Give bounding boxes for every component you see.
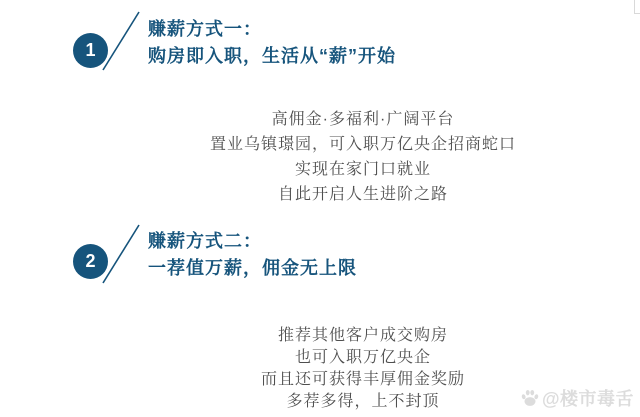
body-text-line: 推荐其他客户成交购房 bbox=[85, 325, 640, 347]
body-text-line: 置业乌镇璟园，可入职万亿央企招商蛇口 bbox=[85, 132, 640, 157]
watermark: @楼市毒舌 bbox=[520, 385, 634, 411]
body-text-line: 高佣金·多福利·广阔平台 bbox=[85, 107, 640, 132]
body-text-line: 也可入职万亿央企 bbox=[85, 347, 640, 369]
section-1-heading-line1: 赚薪方式一： bbox=[148, 16, 396, 43]
section-2-heading-line1: 赚薪方式二： bbox=[148, 228, 357, 255]
section-2-heading: 赚薪方式二： 一荐值万薪，佣金无上限 bbox=[148, 228, 357, 282]
section-1-body: 高佣金·多福利·广阔平台 置业乌镇璟园，可入职万亿央企招商蛇口 实现在家门口就业… bbox=[85, 107, 640, 207]
baidu-paw-icon bbox=[520, 388, 540, 408]
section-2-number: 2 bbox=[85, 251, 95, 272]
section-1-number-badge: 1 bbox=[73, 33, 108, 68]
slash-decoration-1 bbox=[100, 9, 142, 73]
body-text-line: 自此开启人生进阶之路 bbox=[85, 182, 640, 207]
section-1-number: 1 bbox=[85, 40, 95, 61]
section-1-heading: 赚薪方式一： 购房即入职，生活从“薪”开始 bbox=[148, 16, 396, 70]
promo-poster: 1 赚薪方式一： 购房即入职，生活从“薪”开始 高佣金·多福利·广阔平台 置业乌… bbox=[0, 0, 640, 417]
body-text-line: 实现在家门口就业 bbox=[85, 157, 640, 182]
section-1-heading-line2: 购房即入职，生活从“薪”开始 bbox=[148, 43, 396, 70]
section-2-number-badge: 2 bbox=[73, 244, 108, 279]
corner-crop-mark bbox=[634, 0, 640, 14]
section-2-heading-line2: 一荐值万薪，佣金无上限 bbox=[148, 255, 357, 282]
watermark-handle: @楼市毒舌 bbox=[542, 385, 634, 411]
